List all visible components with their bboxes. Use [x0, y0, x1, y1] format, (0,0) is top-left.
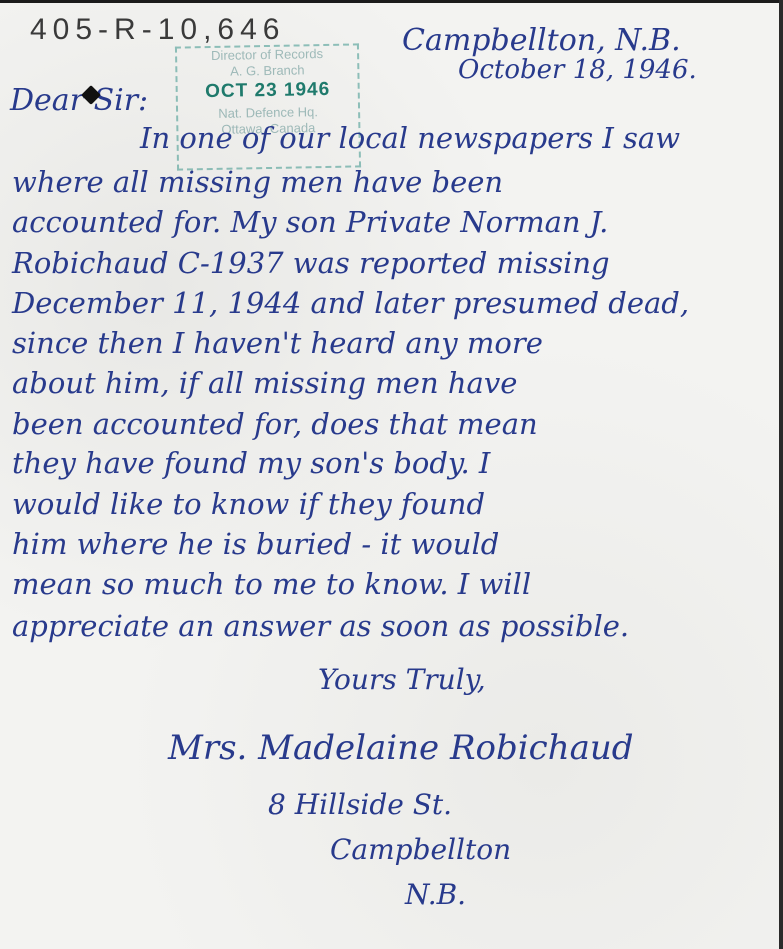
- body-line: December 11, 1944 and later presumed dea…: [12, 286, 689, 320]
- body-line: where all missing men have been: [12, 165, 503, 199]
- body-line: been accounted for, does that mean: [12, 407, 538, 441]
- body-line: would like to know if they found: [12, 487, 485, 521]
- letter-date: October 18, 1946.: [458, 55, 697, 85]
- body-line: Robichaud C-1937 was reported missing: [12, 246, 610, 280]
- stamp-line: A. G. Branch: [177, 61, 357, 80]
- body-line: since then I haven't heard any more: [12, 326, 543, 360]
- body-line: accounted for. My son Private Norman J.: [12, 205, 608, 239]
- body-line: him where he is buried - it would: [12, 527, 499, 561]
- body-line: mean so much to me to know. I will: [12, 567, 531, 601]
- salutation: Dear Sir:: [10, 83, 148, 118]
- closing: Yours Truly,: [318, 663, 486, 696]
- file-reference-number: 405-R-10,646: [30, 13, 285, 47]
- body-line: they have found my son's body. I: [12, 446, 490, 480]
- address-line: 8 Hillside St.: [268, 788, 452, 821]
- body-line: In one of our local newspapers I saw: [140, 121, 680, 155]
- signature: Mrs. Madelaine Robichaud: [168, 728, 634, 768]
- stamp-date: OCT 23 1946: [178, 81, 358, 100]
- scan-edge: [779, 0, 783, 949]
- address-line: Campbellton: [330, 833, 511, 866]
- letter-place: Campbellton, N.B.: [402, 23, 681, 58]
- body-line: about him, if all missing men have: [12, 366, 517, 400]
- address-line: N.B.: [405, 878, 466, 911]
- letter-page: 405-R-10,646 Director of Records A. G. B…: [0, 3, 779, 949]
- body-line: appreciate an answer as soon as possible…: [12, 609, 629, 643]
